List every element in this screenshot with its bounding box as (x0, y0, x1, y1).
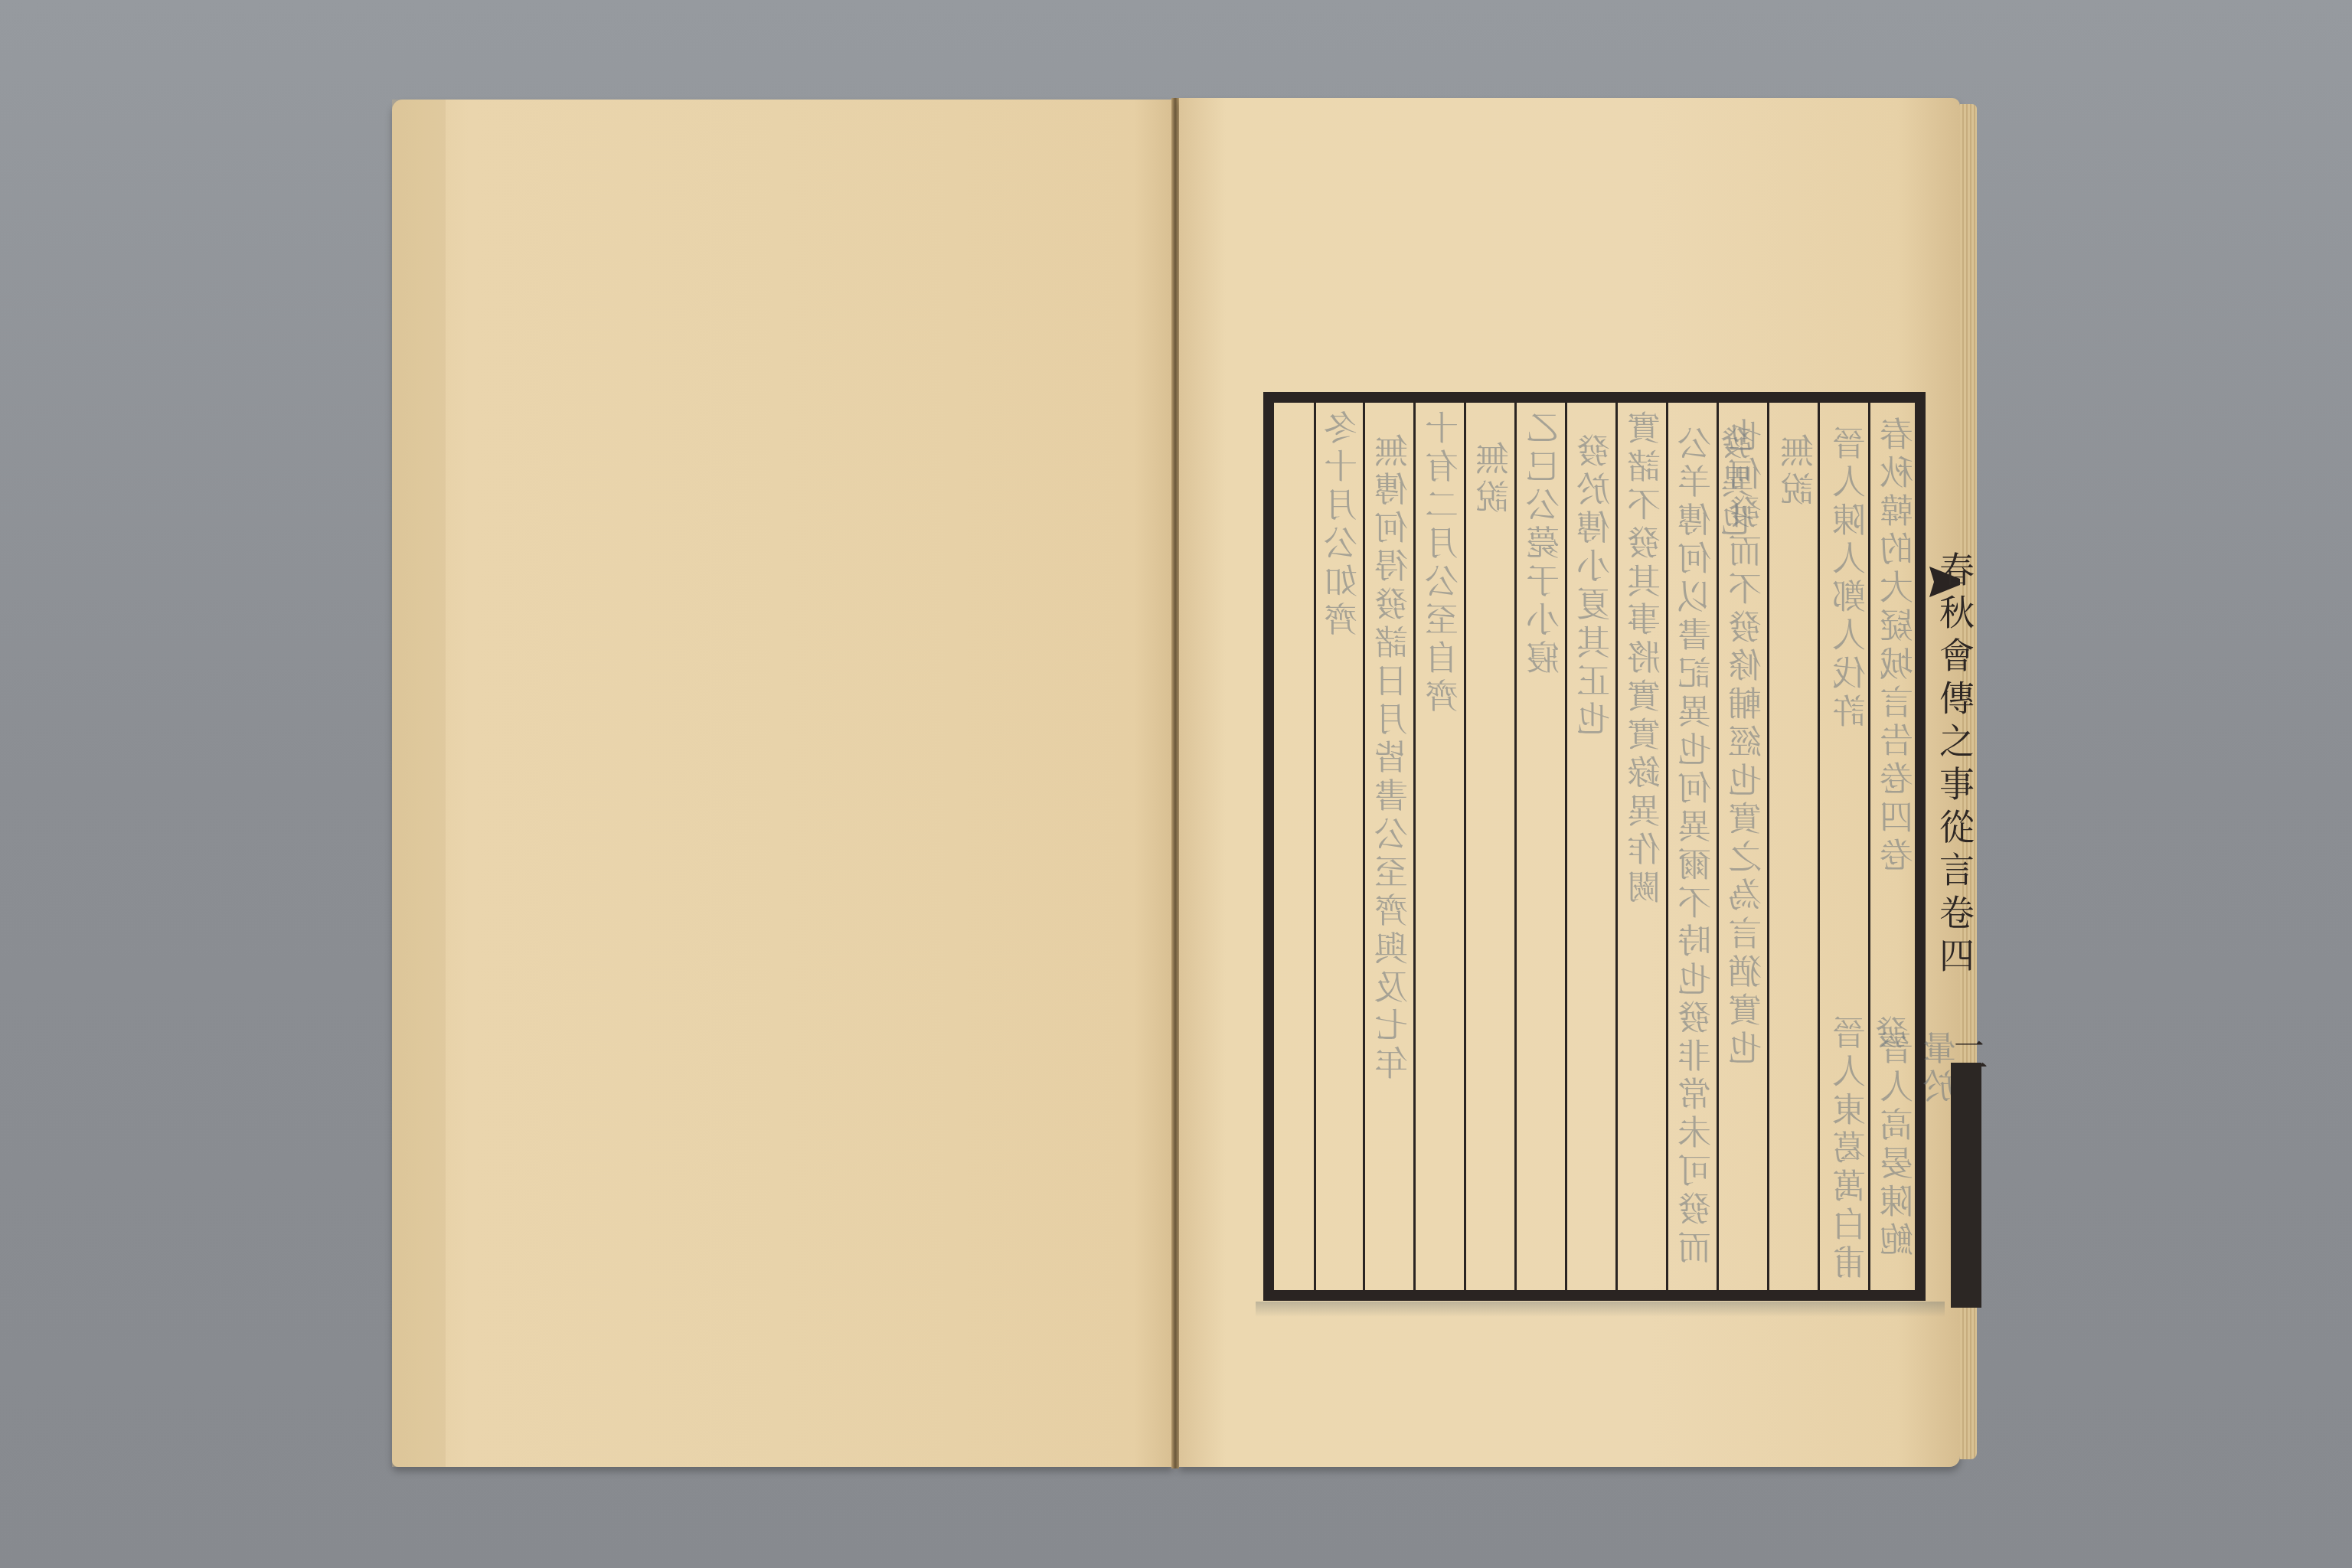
book-spine-gutter (1171, 98, 1179, 1468)
ghost-text-column: 公羊傳何以書記異也何異爾不時也發非常未可發而發異也 (1677, 426, 1762, 1290)
ghost-text-column: 春秋韓的大疑城言告卷四卷 (1879, 416, 1922, 876)
left-page (392, 100, 1173, 1467)
left-page-fold (392, 100, 446, 1467)
ghost-text-column: 十有二月公至自齊 (1424, 410, 1467, 717)
ghost-text-column: 實諸不發其事將實實錄異作闕 (1626, 410, 1669, 908)
ghost-text-column: 晉人陳人鄭人伐許 (1831, 426, 1874, 732)
ghost-text-column: 無說 (1475, 441, 1517, 518)
ghost-text-column: 發於傳小夏其正也 (1576, 433, 1619, 740)
ghost-text-column: 冬十月公如齊 (1323, 410, 1366, 640)
column-rule (1314, 403, 1316, 1290)
margin-title: 春秋會傳之事從言卷四 (1935, 551, 1974, 980)
black-mouth-band (1951, 1063, 1981, 1308)
ghost-text-column: 無傳何得發諸日月皆書公至齊與及七年 (1374, 433, 1416, 1084)
ink-shadow (1256, 1302, 1945, 1317)
printed-frame: 春秋韓的大疑城言告卷四卷 晉人陳人鄭人伐許 無說 也何發而不發條輔經也實之為言猶… (1263, 392, 1926, 1301)
ghost-text-column: 乙巳公薨于小寢 (1525, 410, 1568, 678)
column-rule (1818, 403, 1820, 1290)
column-rule (1514, 403, 1517, 1290)
ghost-text-column: 無說 (1779, 433, 1822, 510)
